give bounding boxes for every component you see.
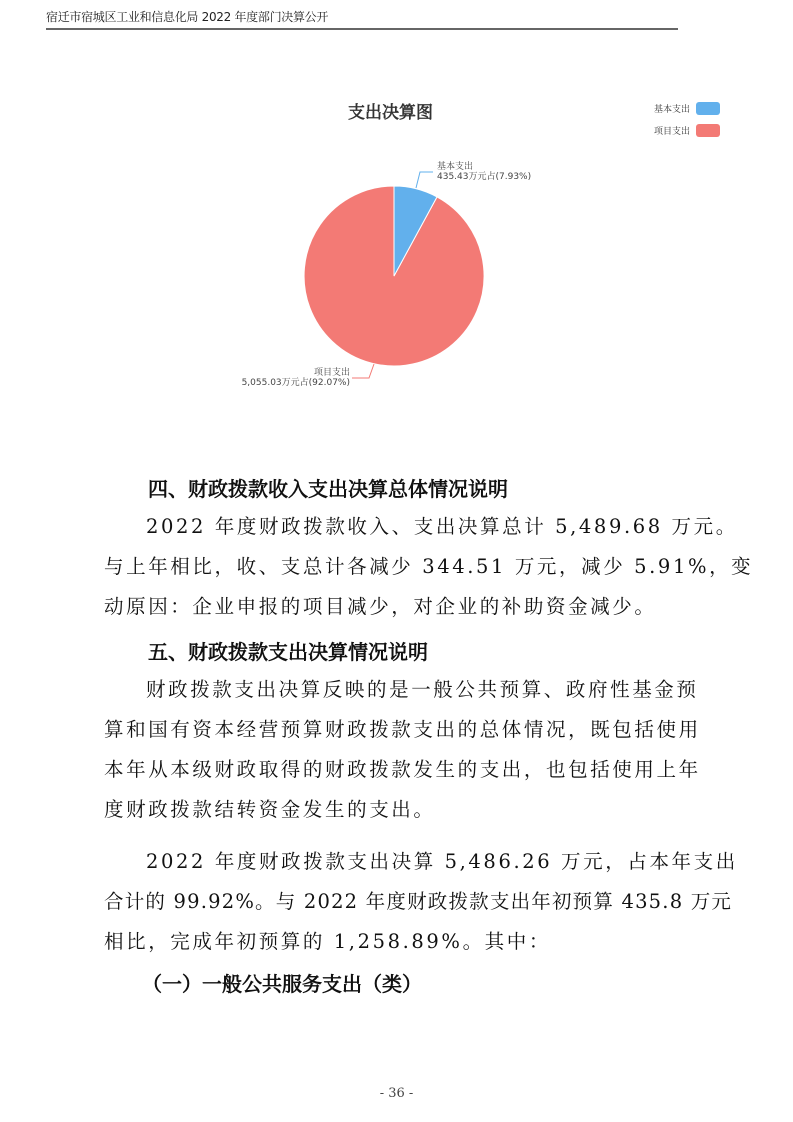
section-4-paragraph: 2022 年度财政拨款收入、支出决算总计 5,489.68 万元。 与上年相比，… bbox=[104, 507, 694, 627]
slice-label-name: 基本支出 bbox=[437, 162, 531, 172]
paragraph-line: 相比，完成年初预算的 1,258.89%。其中： bbox=[104, 922, 694, 962]
section-heading-4: 四、财政拨款收入支出决算总体情况说明 bbox=[148, 473, 508, 502]
paragraph-line: 度财政拨款结转资金发生的支出。 bbox=[104, 790, 694, 830]
paragraph-line: 本年从本级财政取得的财政拨款发生的支出，也包括使用上年 bbox=[104, 750, 694, 790]
leader-line-project bbox=[352, 364, 374, 378]
expenditure-pie-chart: 支出决算图 基本支出 项目支出 基本支出 435.43万元占(7.93%) 项目… bbox=[0, 80, 793, 410]
paragraph-line: 2022 年度财政拨款支出决算 5,486.26 万元，占本年支出 bbox=[104, 842, 694, 882]
section-5-paragraph-1: 财政拨款支出决算反映的是一般公共预算、政府性基金预 算和国有资本经营预算财政拨款… bbox=[104, 670, 694, 830]
page-header-title: 宿迁市宿城区工业和信息化局 2022 年度部门决算公开 bbox=[46, 8, 678, 30]
section-heading-5: 五、财政拨款支出决算情况说明 bbox=[148, 636, 428, 665]
legend-label: 项目支出 bbox=[654, 124, 690, 137]
slice-label-value: 435.43万元占(7.93%) bbox=[437, 172, 531, 182]
slice-label-value: 5,055.03万元占(92.07%) bbox=[232, 378, 350, 388]
chart-legend: 基本支出 项目支出 bbox=[600, 97, 720, 141]
section-5-paragraph-2: 2022 年度财政拨款支出决算 5,486.26 万元，占本年支出 合计的 99… bbox=[104, 842, 694, 962]
legend-label: 基本支出 bbox=[654, 102, 690, 115]
legend-item-basic[interactable]: 基本支出 bbox=[600, 97, 720, 119]
legend-item-project[interactable]: 项目支出 bbox=[600, 119, 720, 141]
header-divider bbox=[46, 28, 678, 30]
paragraph-line: 算和国有资本经营预算财政拨款支出的总体情况，既包括使用 bbox=[104, 710, 694, 750]
legend-swatch-red bbox=[696, 124, 720, 137]
legend-swatch-blue bbox=[696, 102, 720, 115]
paragraph-line: 合计的 99.92%。与 2022 年度财政拨款支出年初预算 435.8 万元 bbox=[104, 882, 694, 922]
slice-label-name: 项目支出 bbox=[232, 368, 350, 378]
paragraph-line: 2022 年度财政拨款收入、支出决算总计 5,489.68 万元。 bbox=[104, 507, 694, 547]
paragraph-line: 与上年相比，收、支总计各减少 344.51 万元，减少 5.91%，变 bbox=[104, 547, 694, 587]
leader-line-basic bbox=[416, 172, 433, 188]
chart-title: 支出决算图 bbox=[348, 98, 433, 123]
paragraph-line: 财政拨款支出决算反映的是一般公共预算、政府性基金预 bbox=[104, 670, 694, 710]
slice-label-project: 项目支出 5,055.03万元占(92.07%) bbox=[232, 368, 350, 388]
subsection-heading-1: （一）一般公共服务支出（类） bbox=[142, 968, 422, 997]
slice-label-basic: 基本支出 435.43万元占(7.93%) bbox=[437, 162, 531, 182]
paragraph-line: 动原因：企业申报的项目减少，对企业的补助资金减少。 bbox=[104, 587, 694, 627]
page-number: - 36 - bbox=[0, 1086, 793, 1101]
